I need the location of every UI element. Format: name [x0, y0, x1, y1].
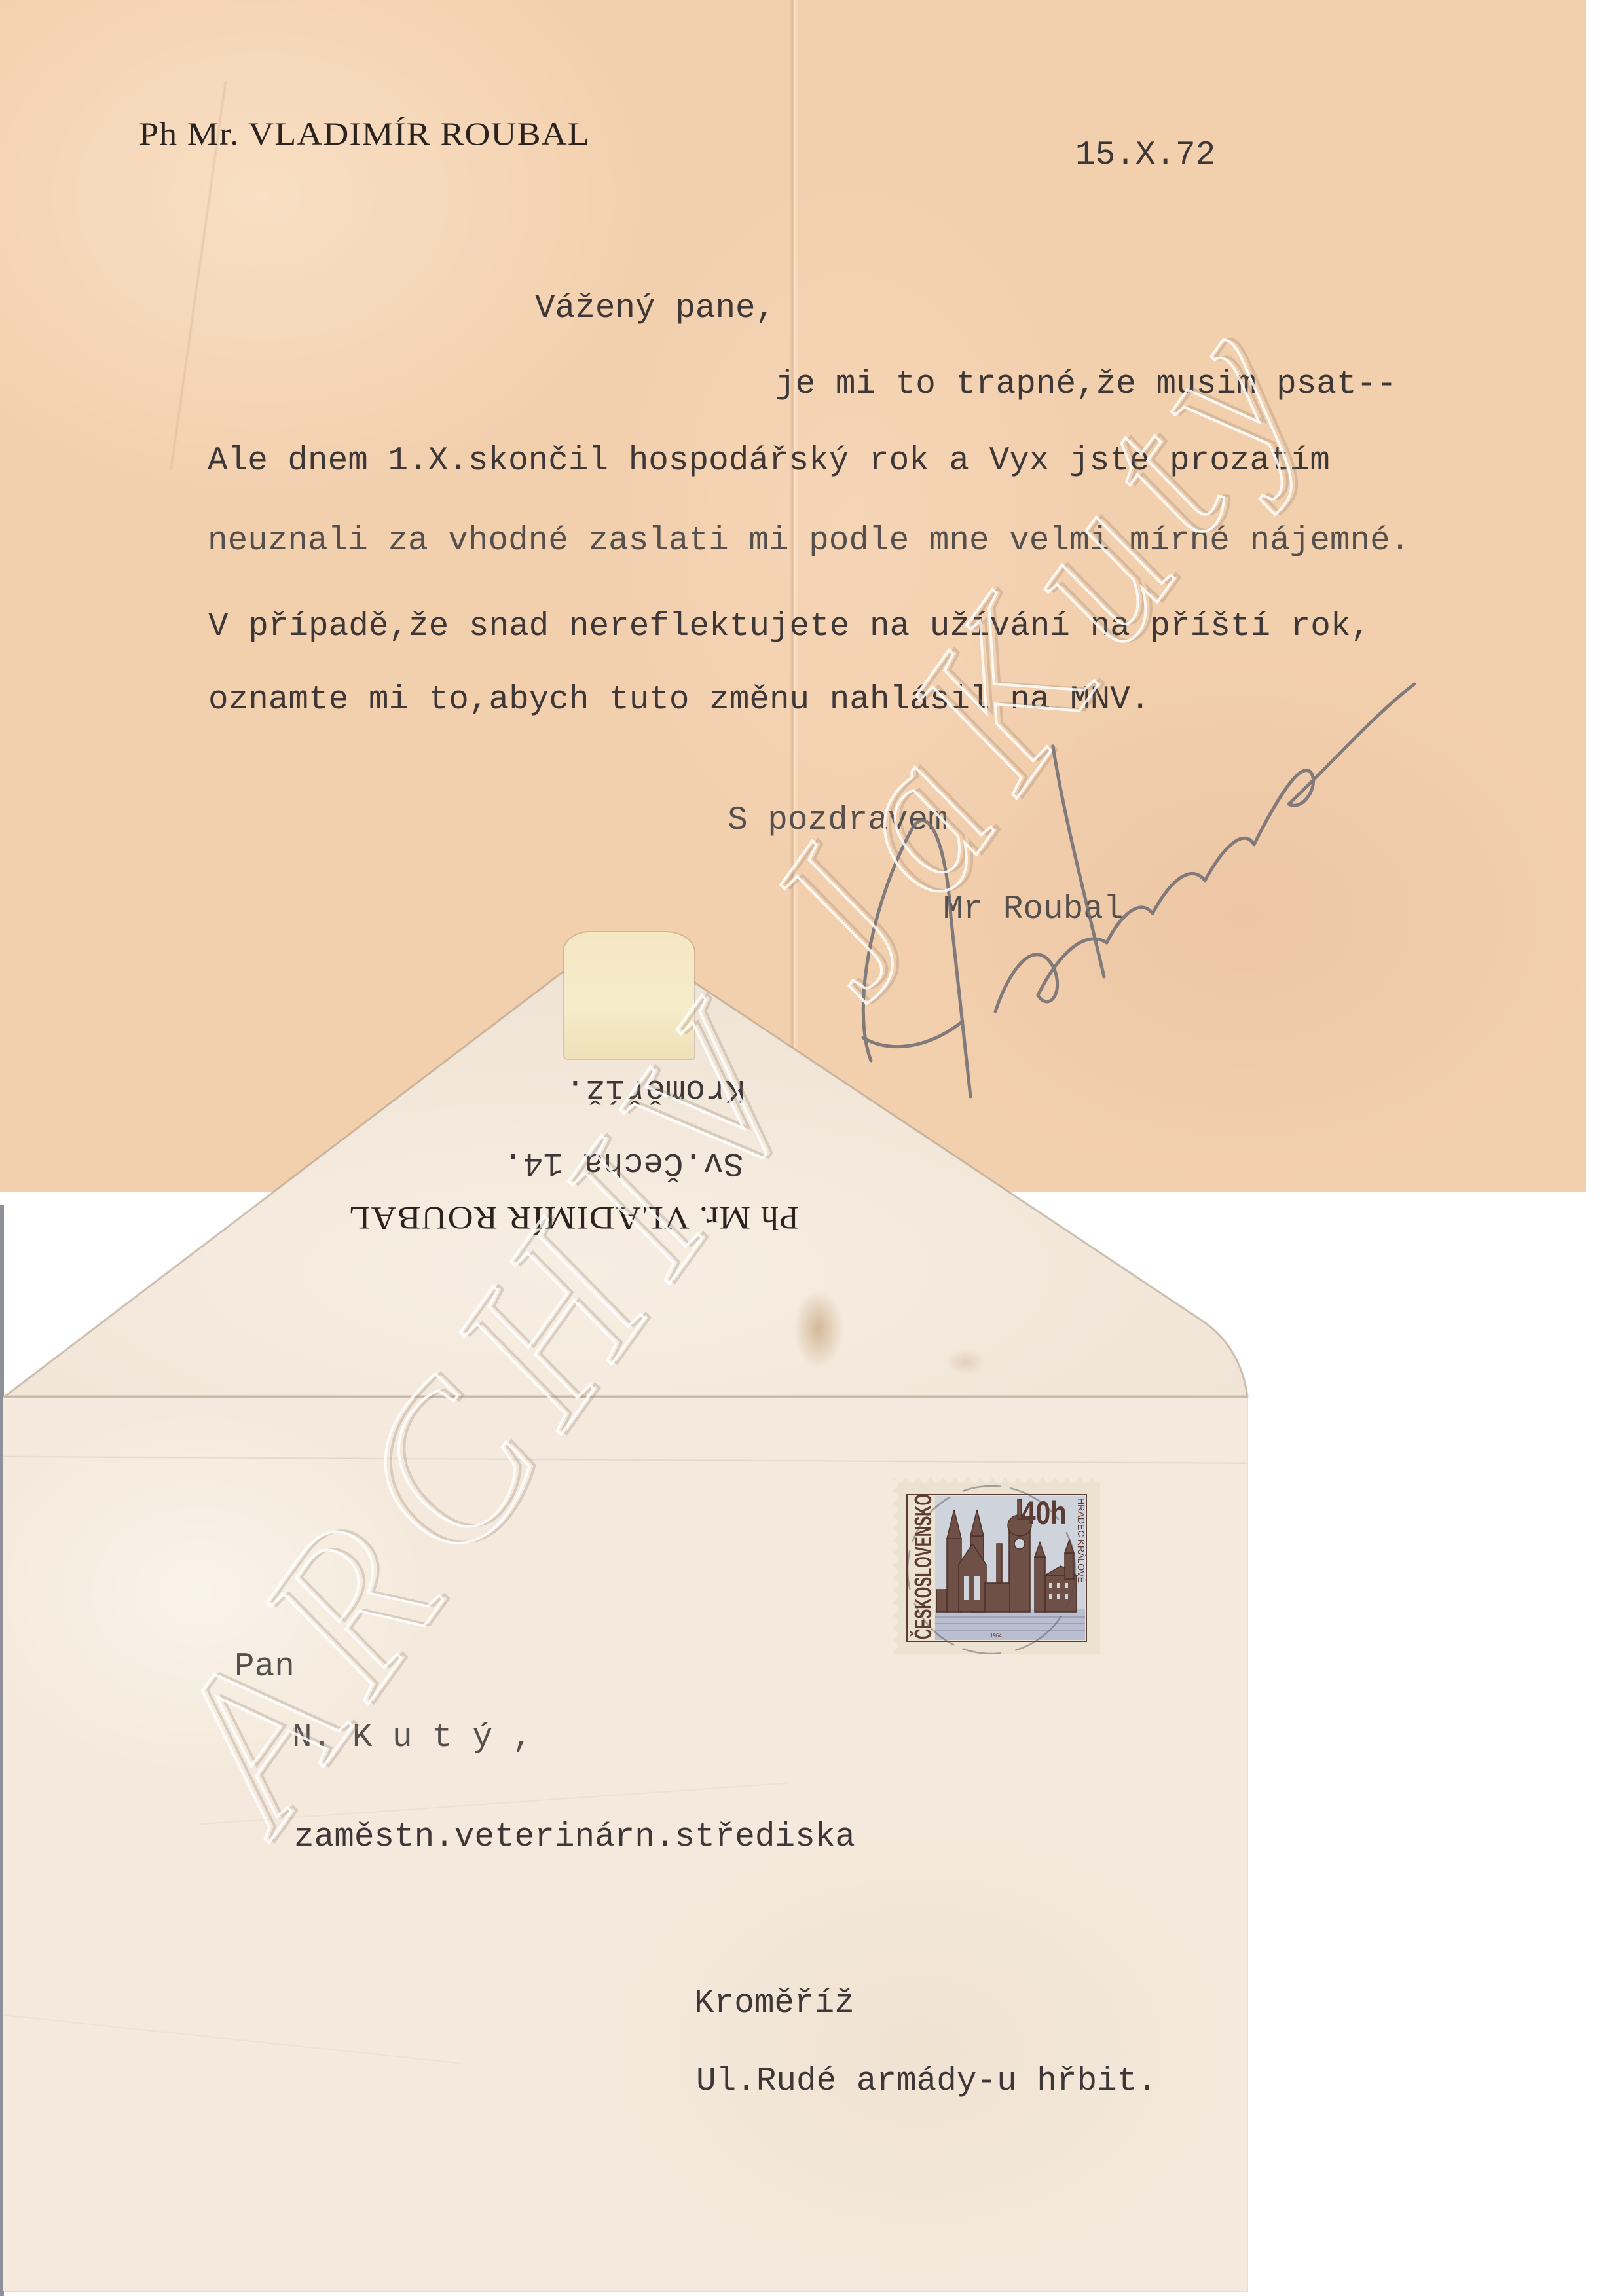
- stamp-place: HRADEC KRÁLOVÉ: [1075, 1498, 1086, 1583]
- letter-closing: S pozdravem: [728, 804, 948, 837]
- letter-body-line: Ale dnem 1.X.skončil hospodářský rok a V…: [208, 445, 1330, 478]
- envelope-crease: [5, 2014, 461, 2064]
- recipient-occupation: zaměstn.veterinárn.střediska: [294, 1821, 855, 1854]
- postage-stamp: ČESKOSLOVENSKO 40h HRADEC KRÁLOVÉ 1964: [893, 1478, 1100, 1654]
- letter-greeting: Vážený pane,: [535, 292, 775, 325]
- letterhead: Ph Mr. VLADIMÍR ROUBAL: [139, 117, 590, 150]
- recipient-street: Ul.Rudé armády-u hřbit.: [696, 2065, 1157, 2098]
- letter-body-line: V případě,že snad nereflektujete na užív…: [208, 610, 1371, 644]
- recipient-salutation: Pan: [234, 1650, 295, 1684]
- recipient-city: Kroměříž: [694, 1987, 855, 2020]
- letter-body-line: oznamte mi to,abych tuto změnu nahlásil …: [208, 683, 1150, 717]
- letter-body-line: je mi to trapné,že musim psat--: [775, 368, 1397, 401]
- adhesive-tape: [564, 932, 694, 1059]
- stamp-year: 1964: [990, 1633, 1002, 1639]
- recipient-name: N. K u t ý ,: [292, 1721, 532, 1755]
- stamp-value: 40h: [1021, 1495, 1067, 1531]
- return-address-name: Ph Mr. VLADIMÍR ROUBAL: [391, 1202, 799, 1235]
- letter-date: 15.X.72: [1075, 139, 1215, 172]
- envelope-crease: [3, 1455, 1247, 1465]
- return-address-city: Kroměříž.: [565, 1072, 745, 1106]
- letter-body-line: neuznali za vhodné zaslati mi podle mne …: [208, 524, 1410, 558]
- return-address-street: Sv.Čecha 14.: [503, 1146, 743, 1179]
- stamp-country: ČESKOSLOVENSKO: [909, 1494, 936, 1639]
- scanned-document: Ph Mr. VLADIMÍR ROUBAL 15.X.72 Vážený pa…: [0, 0, 1624, 2296]
